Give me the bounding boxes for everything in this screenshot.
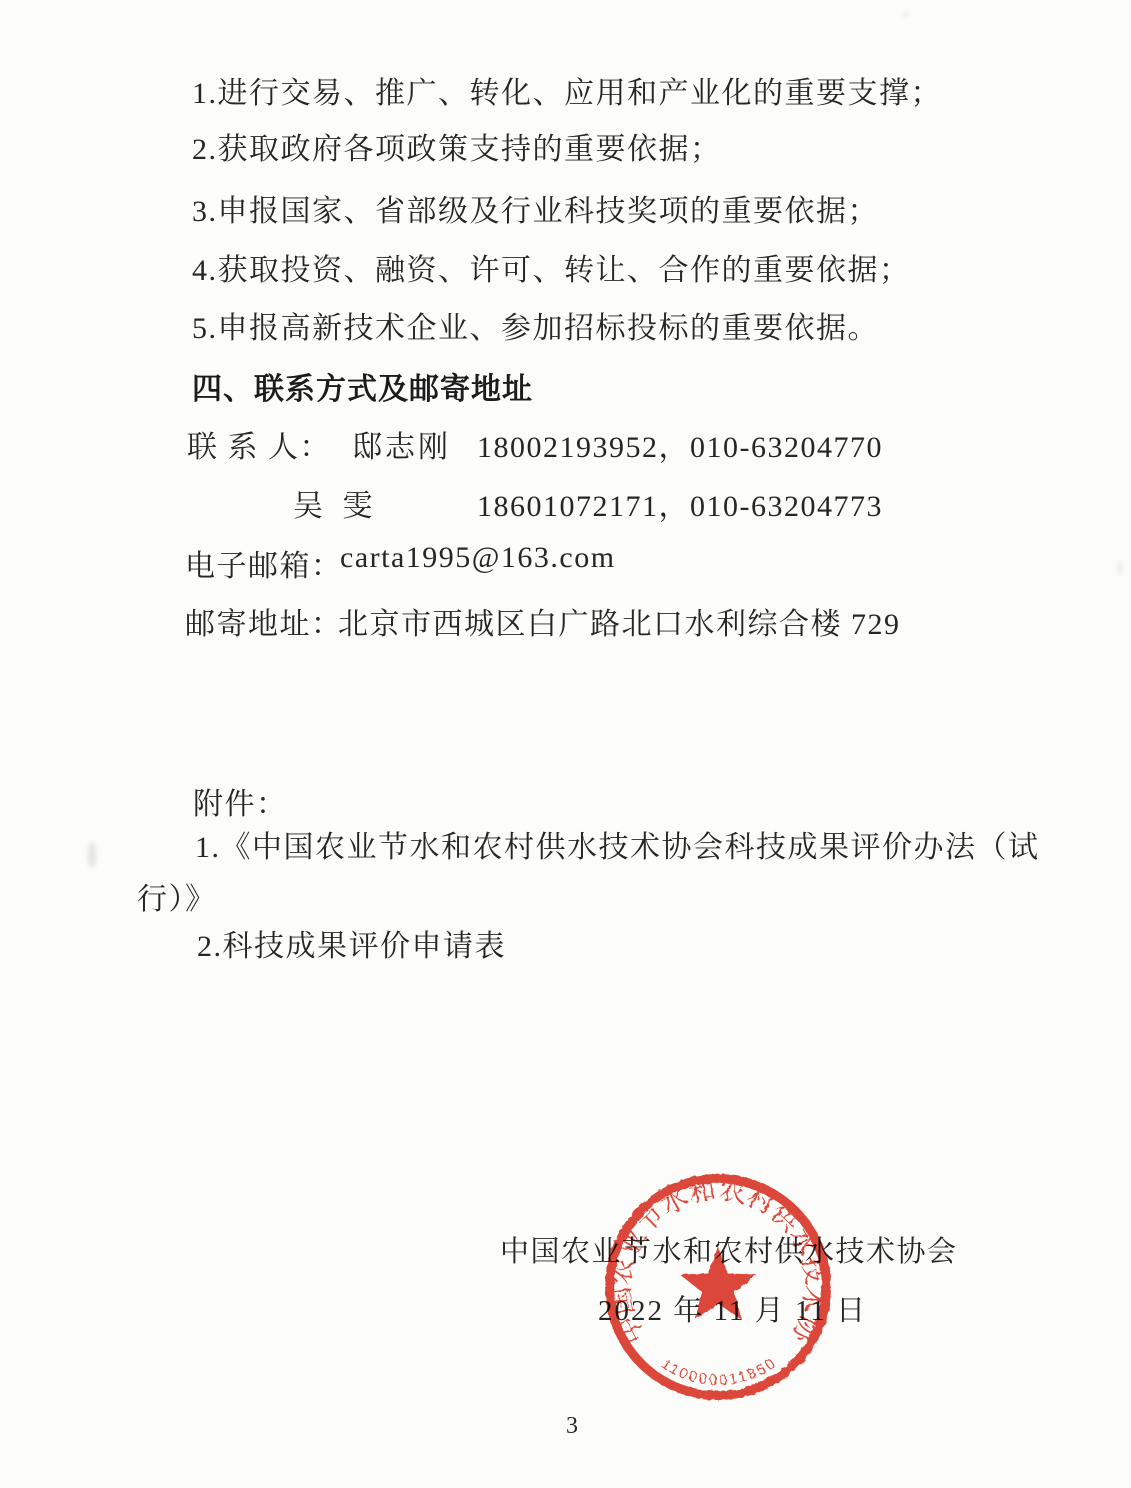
- attachment-1-line2: 行）》: [137, 874, 217, 918]
- official-seal: 中国农业节水和农村供水技术协会 1100000118500: [599, 1168, 837, 1406]
- page-number: 3: [566, 1413, 578, 1440]
- seal-ink-group: 中国农业节水和农村供水技术协会 1100000118500: [599, 1168, 832, 1395]
- benefit-item-3: 3.申报国家、省部级及行业科技奖项的重要依据；: [192, 186, 879, 230]
- seal-star-icon: [680, 1247, 757, 1320]
- contact1-name: 邸志刚: [352, 422, 451, 466]
- attachment-2: 2.科技成果评价申请表: [197, 921, 506, 965]
- contact1-phones: 18002193952，010-63204770: [477, 422, 883, 466]
- benefit-item-4: 4.获取投资、融资、许可、转让、合作的重要依据；: [192, 245, 911, 289]
- address-value: 北京市西城区白广路北口水利综合楼 729: [338, 599, 901, 643]
- scan-smudge: [88, 842, 96, 868]
- email-value: carta1995@163.com: [340, 541, 616, 575]
- address-label: 邮寄地址：: [185, 599, 343, 643]
- attachments-label: 附件：: [193, 779, 288, 823]
- scan-smudge: [1117, 560, 1123, 576]
- benefit-item-5: 5.申报高新技术企业、参加招标投标的重要依据。: [192, 303, 879, 347]
- contact2-name: 吴 雯: [293, 481, 374, 525]
- section-heading-contact: 四、联系方式及邮寄地址: [192, 364, 533, 408]
- contact-label: 联 系 人：: [187, 422, 331, 466]
- benefit-item-2: 2.获取政府各项政策支持的重要依据；: [192, 124, 722, 168]
- scan-smudge: [903, 12, 908, 17]
- benefit-item-1: 1.进行交易、推广、转化、应用和产业化的重要支撑；: [192, 68, 942, 112]
- contact2-phones: 18601072171，010-63204773: [477, 481, 883, 525]
- document-page: 1.进行交易、推广、转化、应用和产业化的重要支撑； 2.获取政府各项政策支持的重…: [0, 0, 1131, 1488]
- email-label: 电子邮箱：: [185, 541, 343, 585]
- attachment-1-line1: 1.《中国农业节水和农村供水技术协会科技成果评价办法（试: [195, 822, 1040, 866]
